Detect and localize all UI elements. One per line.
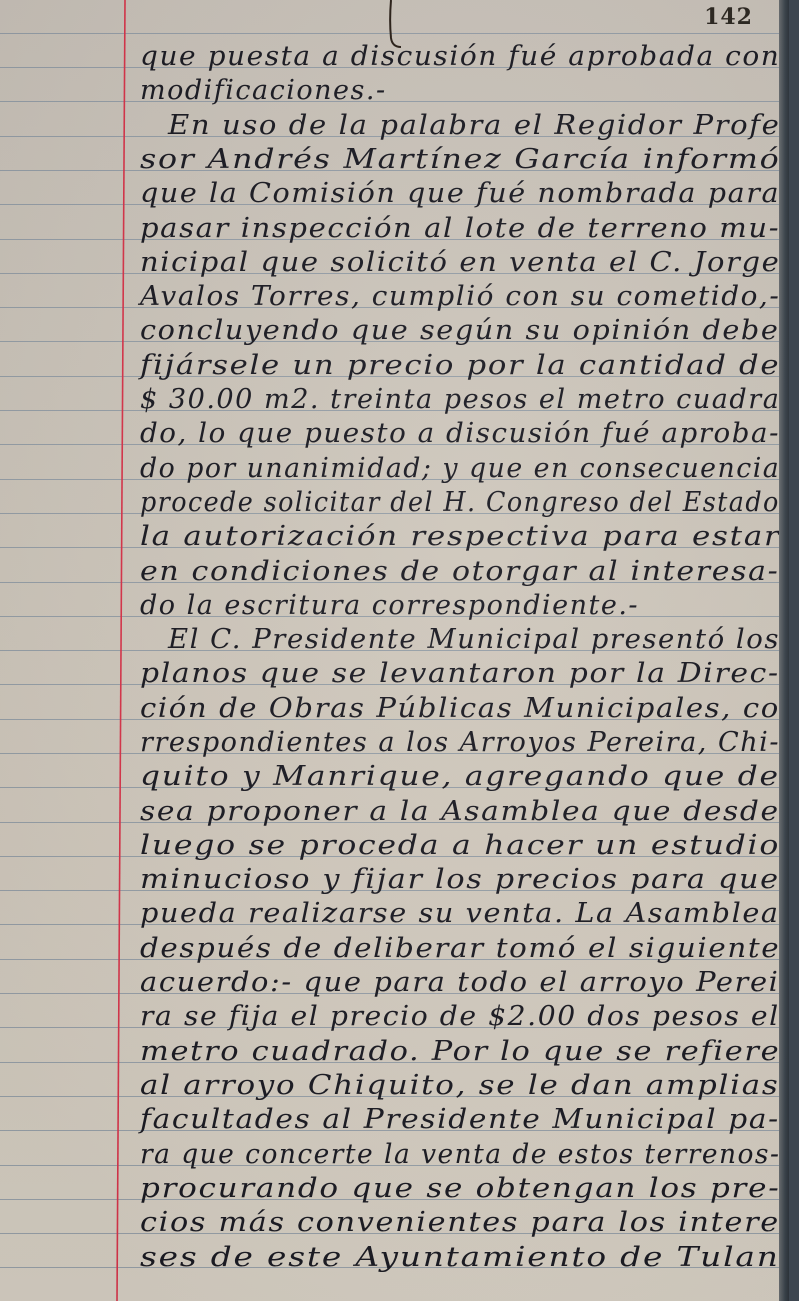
handwritten-line: minucioso y fijar los precios para que <box>140 863 780 897</box>
handwritten-line: ses de este Ayuntamiento de Tulan <box>140 1241 780 1275</box>
handwritten-line: después de deliberar tomó el siguiente <box>140 932 780 966</box>
handwritten-line: facultades al Presidente Municipal pa- <box>140 1103 780 1137</box>
handwritten-line: El C. Presidente Municipal presentó los <box>168 623 780 657</box>
handwritten-line: metro cuadrado. Por lo que se refiere <box>140 1035 780 1069</box>
handwritten-line: ra que concerte la venta de estos terren… <box>140 1138 780 1172</box>
page-edge <box>779 0 789 1301</box>
handwritten-line: quito y Manrique, agregando que de <box>140 760 780 794</box>
handwritten-line: ra se fija el precio de $2.00 dos pesos … <box>140 1000 780 1034</box>
handwritten-line: procede solicitar del H. Congreso del Es… <box>140 486 780 520</box>
handwritten-line: do la escritura correspondiente.- <box>140 589 639 623</box>
handwritten-line: ción de Obras Públicas Municipales, co <box>140 692 780 726</box>
handwritten-line: sor Andrés Martínez García informó <box>140 143 780 177</box>
handwritten-line: pasar inspección al lote de terreno mu- <box>140 212 780 246</box>
handwritten-line: fijársele un precio por la cantidad de <box>140 349 780 383</box>
handwritten-line: acuerdo:- que para todo el arroyo Perei <box>140 966 780 1000</box>
handwritten-line: la autorización respectiva para estar <box>140 520 781 554</box>
handwritten-line: do, lo que puesto a discusión fué aproba… <box>140 417 780 451</box>
handwritten-line: concluyendo que según su opinión debe <box>140 314 779 348</box>
page-number: 142 <box>704 4 753 30</box>
handwritten-line: planos que se levantaron por la Direc- <box>140 657 780 691</box>
handwritten-line: luego se proceda a hacer un estudio <box>140 829 780 863</box>
handwritten-line: que la Comisión que fué nombrada para <box>140 177 780 211</box>
handwritten-line: procurando que se obtengan los pre- <box>140 1172 780 1206</box>
handwritten-line: sea proponer a la Asamblea que desde <box>140 795 780 829</box>
handwritten-line: nicipal que solicitó en venta el C. Jorg… <box>140 246 780 280</box>
handwritten-line: que puesta a discusión fué aprobada con <box>140 40 780 74</box>
handwritten-line: En uso de la palabra el Regidor Profe <box>168 109 780 143</box>
handwritten-line: cios más convenientes para los intere <box>140 1206 780 1240</box>
handwritten-line: pueda realizarse su venta. La Asamblea <box>140 897 780 931</box>
handwritten-line: do por unanimidad; y que en consecuencia <box>140 452 780 486</box>
handwritten-line: $ 30.00 m2. treinta pesos el metro cuadr… <box>140 383 780 417</box>
handwritten-line: rrespondientes a los Arroyos Pereira, Ch… <box>140 726 780 760</box>
ledger-page: 142 que puesta a discusión fué aprobada … <box>0 0 789 1301</box>
handwritten-line: en condiciones de otorgar al interesa- <box>140 555 779 589</box>
handwritten-line: modificaciones.- <box>140 74 387 108</box>
handwritten-line: Avalos Torres, cumplió con su cometido,- <box>140 280 780 314</box>
handwritten-line: al arroyo Chiquito, se le dan amplias <box>140 1069 780 1103</box>
